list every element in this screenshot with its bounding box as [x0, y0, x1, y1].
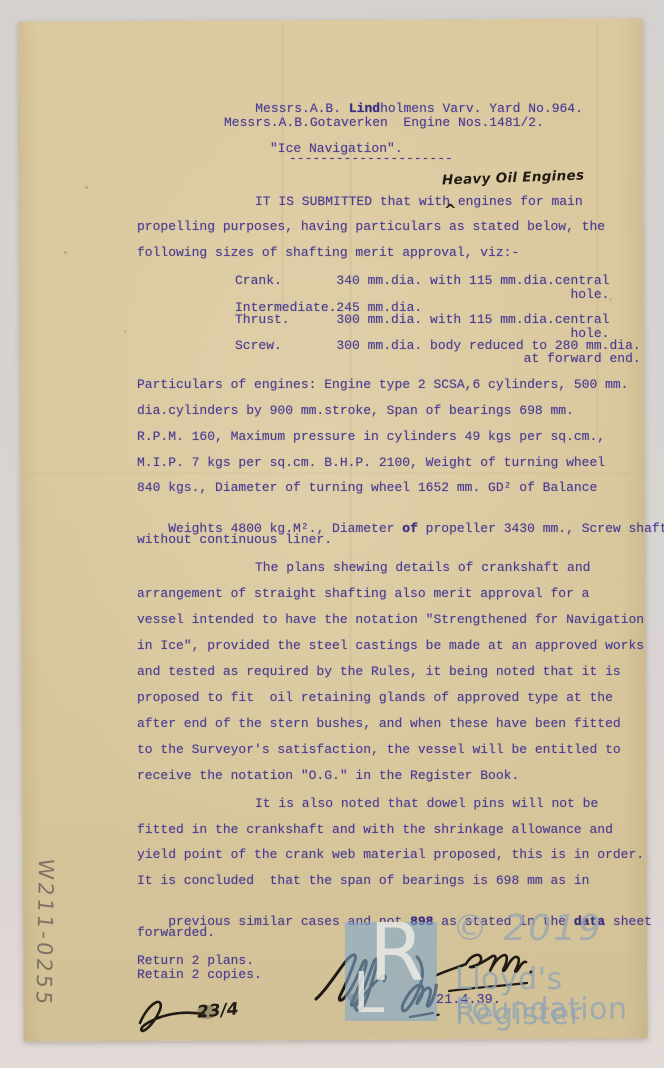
body-line: propelling purposes, having particulars … — [137, 219, 605, 234]
retain-copies-line: Retain 2 copies. — [137, 967, 262, 982]
overtyped-word: of — [402, 521, 418, 536]
body-line: It is also noted that dowel pins will no… — [255, 796, 598, 811]
body-line: yield point of the crank web material pr… — [137, 847, 644, 862]
body-line: proposed to fit oil retaining glands of … — [137, 690, 613, 705]
body-line: dia.cylinders by 900 mm.stroke, Span of … — [137, 403, 574, 418]
handwritten-date-fraction: 23/4 — [196, 999, 239, 1023]
watermark-org-line2: Foundation — [455, 992, 627, 1027]
lr-logo-letter-l: L — [353, 966, 384, 1021]
shaft-table-row: at forward end. — [235, 351, 641, 366]
return-plans-line: Return 2 plans. — [137, 953, 254, 968]
body-line: fitted in the crankshaft and with the sh… — [137, 822, 613, 837]
body-line: The plans shewing details of crankshaft … — [255, 560, 590, 575]
body-line-post: propeller 3430 mm., Screw shaft — [418, 521, 664, 536]
body-line: M.I.P. 7 kgs per sq.cm. B.H.P. 2100, Wei… — [137, 455, 605, 470]
body-line: It is concluded that the span of bearing… — [137, 873, 589, 888]
addressee-line-1-overtyped: Lind — [349, 101, 380, 116]
body-line: 840 kgs., Diameter of turning wheel 1652… — [137, 480, 597, 495]
archive-reference-number: W211-0255 — [31, 857, 58, 1009]
body-line: arrangement of straight shafting also me… — [137, 586, 589, 601]
body-line: vessel intended to have the notation "St… — [137, 612, 644, 627]
body-line: and tested as required by the Rules, it … — [137, 664, 621, 679]
body-line: in Ice", provided the steel castings be … — [137, 638, 644, 653]
watermark-copyright: © 2019 — [452, 908, 603, 949]
body-line: without continuous liner. — [137, 532, 332, 547]
body-line: IT IS SUBMITTED that with engines for ma… — [255, 194, 583, 209]
body-line: forwarded. — [137, 925, 215, 940]
shaft-table-row: Thrust. 300 mm.dia. with 115 mm.dia.cent… — [235, 312, 609, 327]
subject-underline: --------------------- — [289, 151, 453, 166]
addressee-line-2: Messrs.A.B.Gotaverken Engine Nos.1481/2. — [224, 115, 544, 130]
body-line: after end of the stern bushes, and when … — [137, 716, 621, 731]
addressee-line-1-post: holmens Varv. Yard No.964. — [380, 101, 583, 116]
paper-speck — [64, 251, 67, 254]
paper-speck — [85, 186, 88, 189]
body-line: Particulars of engines: Engine type 2 SC… — [137, 377, 628, 392]
paper-speck — [124, 330, 127, 333]
body-line: following sizes of shafting merit approv… — [137, 245, 519, 260]
body-line: to the Surveyor's satisfaction, the vess… — [137, 742, 621, 757]
scanned-letter-photo: Messrs.A.B. Lindholmens Varv. Yard No.96… — [0, 0, 664, 1068]
addressee-line-1-pre: Messrs.A.B. — [255, 101, 349, 116]
body-line: R.P.M. 160, Maximum pressure in cylinder… — [137, 429, 605, 444]
shaft-table-row: Crank. 340 mm.dia. with 115 mm.dia.centr… — [235, 273, 609, 288]
body-line-post: sheet — [605, 914, 652, 929]
lloyds-register-logo: R L — [345, 922, 437, 1021]
body-line: receive the notation "O.G." in the Regis… — [137, 768, 519, 783]
